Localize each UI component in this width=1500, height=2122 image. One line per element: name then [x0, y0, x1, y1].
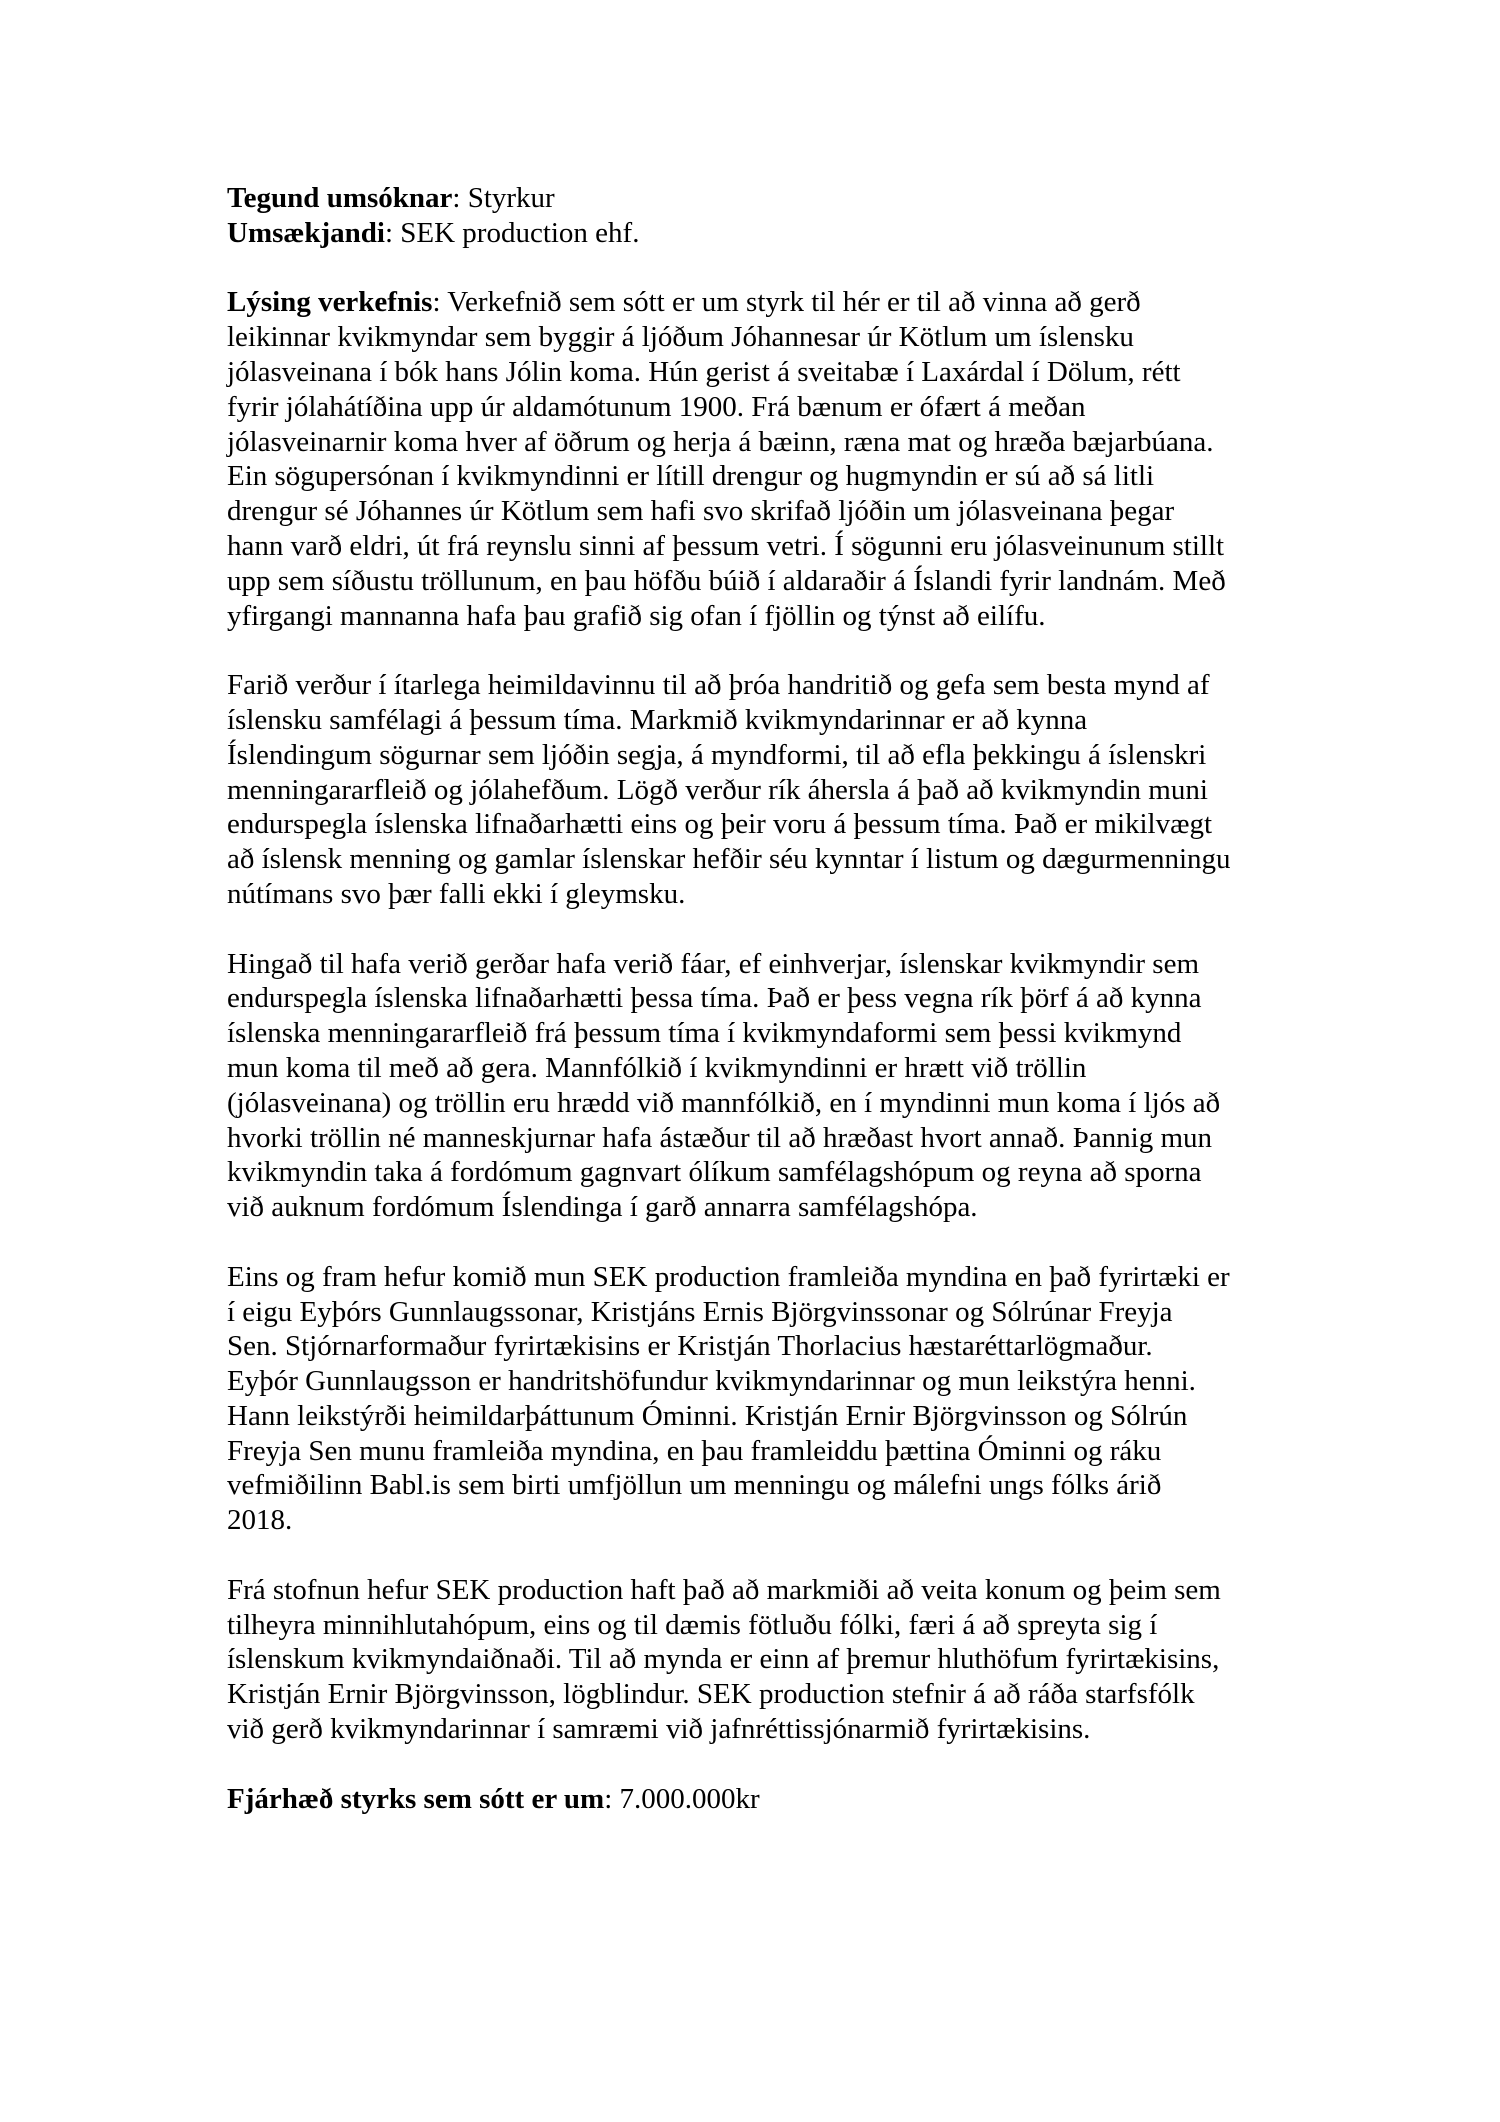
application-type-line: Tegund umsóknar: Styrkur — [227, 181, 1287, 216]
text-line: Frá stofnun hefur SEK production haft þa… — [227, 1573, 1287, 1608]
text-line: Sen. Stjórnarformaður fyrirtækisins er K… — [227, 1329, 1287, 1364]
text-line: Eins og fram hefur komið mun SEK product… — [227, 1260, 1287, 1295]
text-line: jólasveinarnir koma hver af öðrum og her… — [227, 425, 1287, 460]
text-line: hann varð eldri, út frá reynslu sinni af… — [227, 529, 1287, 564]
text-line: íslensku samfélagi á þessum tíma. Markmi… — [227, 703, 1287, 738]
description-first-line-text: Verkefnið sem sótt er um styrk til hér e… — [447, 286, 1140, 318]
text-line: Eyþór Gunnlaugsson er handritshöfundur k… — [227, 1364, 1287, 1399]
text-line: tilheyra minnihlutahópum, eins og til dæ… — [227, 1608, 1287, 1643]
equality-policy-paragraph: Frá stofnun hefur SEK production haft þa… — [227, 1573, 1287, 1747]
description-first-line: Lýsing verkefnis: Verkefnið sem sótt er … — [227, 285, 1287, 320]
requested-amount-separator: : — [604, 1783, 619, 1815]
text-line: Íslendingum sögurnar sem ljóðin segja, á… — [227, 738, 1287, 773]
text-line: við auknum fordómum Íslendinga í garð an… — [227, 1190, 1287, 1225]
project-description-paragraph: Lýsing verkefnis: Verkefnið sem sótt er … — [227, 285, 1287, 633]
blank-line — [227, 1538, 1287, 1573]
blank-line — [227, 1225, 1287, 1260]
applicant-label: Umsækjandi — [227, 217, 385, 249]
text-line: Hann leikstýrði heimildarþáttunum Óminni… — [227, 1399, 1287, 1434]
text-line: vefmiðilinn Babl.is sem birti umfjöllun … — [227, 1468, 1287, 1503]
requested-amount-value: 7.000.000kr — [620, 1783, 760, 1815]
text-line: yfirgangi mannanna hafa þau grafið sig o… — [227, 599, 1287, 634]
requested-amount-label: Fjárhæð styrks sem sótt er um — [227, 1783, 604, 1815]
blank-line — [227, 1747, 1287, 1782]
text-line: jólasveinana í bók hans Jólin koma. Hún … — [227, 355, 1287, 390]
text-line: Freyja Sen munu framleiða myndina, en þa… — [227, 1434, 1287, 1469]
text-line: hvorki tröllin né manneskjurnar hafa ást… — [227, 1121, 1287, 1156]
text-line: menningararfleið og jólahefðum. Lögð ver… — [227, 773, 1287, 808]
applicant-value: SEK production ehf. — [400, 217, 639, 249]
blank-line — [227, 251, 1287, 286]
text-line: endurspegla íslenska lifnaðarhætti eins … — [227, 807, 1287, 842]
text-line: Hingað til hafa verið gerðar hafa verið … — [227, 947, 1287, 982]
grant-application-document: Tegund umsóknar: Styrkur Umsækjandi: SEK… — [227, 181, 1287, 1816]
text-line: (jólasveinana) og tröllin eru hrædd við … — [227, 1086, 1287, 1121]
text-line: upp sem síðustu tröllunum, en þau höfðu … — [227, 564, 1287, 599]
text-line: Ein sögupersónan í kvikmyndinni er lítil… — [227, 459, 1287, 494]
text-line: íslenska menningararfleið frá þessum tím… — [227, 1016, 1287, 1051]
text-line: að íslensk menning og gamlar íslenskar h… — [227, 842, 1287, 877]
applicant-separator: : — [385, 217, 400, 249]
text-line: Farið verður í ítarlega heimildavinnu ti… — [227, 668, 1287, 703]
research-goals-paragraph: Farið verður í ítarlega heimildavinnu ti… — [227, 668, 1287, 912]
applicant-line: Umsækjandi: SEK production ehf. — [227, 216, 1287, 251]
blank-line — [227, 633, 1287, 668]
requested-amount-line: Fjárhæð styrks sem sótt er um: 7.000.000… — [227, 1782, 1287, 1817]
text-line: 2018. — [227, 1503, 1287, 1538]
cultural-need-paragraph: Hingað til hafa verið gerðar hafa verið … — [227, 947, 1287, 1225]
blank-line — [227, 912, 1287, 947]
text-line: nútímans svo þær falli ekki í gleymsku. — [227, 877, 1287, 912]
application-type-value: Styrkur — [468, 182, 555, 214]
description-label: Lýsing verkefnis — [227, 286, 432, 318]
text-line: leikinnar kvikmyndar sem byggir á ljóðum… — [227, 320, 1287, 355]
text-line: drengur sé Jóhannes úr Kötlum sem hafi s… — [227, 494, 1287, 529]
text-line: mun koma til með að gera. Mannfólkið í k… — [227, 1051, 1287, 1086]
text-line: fyrir jólahátíðina upp úr aldamótunum 19… — [227, 390, 1287, 425]
text-line: íslenskum kvikmyndaiðnaði. Til að mynda … — [227, 1642, 1287, 1677]
company-team-paragraph: Eins og fram hefur komið mun SEK product… — [227, 1260, 1287, 1538]
text-line: í eigu Eyþórs Gunnlaugssonar, Kristjáns … — [227, 1295, 1287, 1330]
text-line: Kristján Ernir Björgvinsson, lögblindur.… — [227, 1677, 1287, 1712]
description-separator: : — [432, 286, 447, 318]
text-line: endurspegla íslenska lifnaðarhætti þessa… — [227, 981, 1287, 1016]
text-line: kvikmyndin taka á fordómum gagnvart ólík… — [227, 1155, 1287, 1190]
text-line: við gerð kvikmyndarinnar í samræmi við j… — [227, 1712, 1287, 1747]
application-type-label: Tegund umsóknar — [227, 182, 452, 214]
application-type-separator: : — [452, 182, 467, 214]
